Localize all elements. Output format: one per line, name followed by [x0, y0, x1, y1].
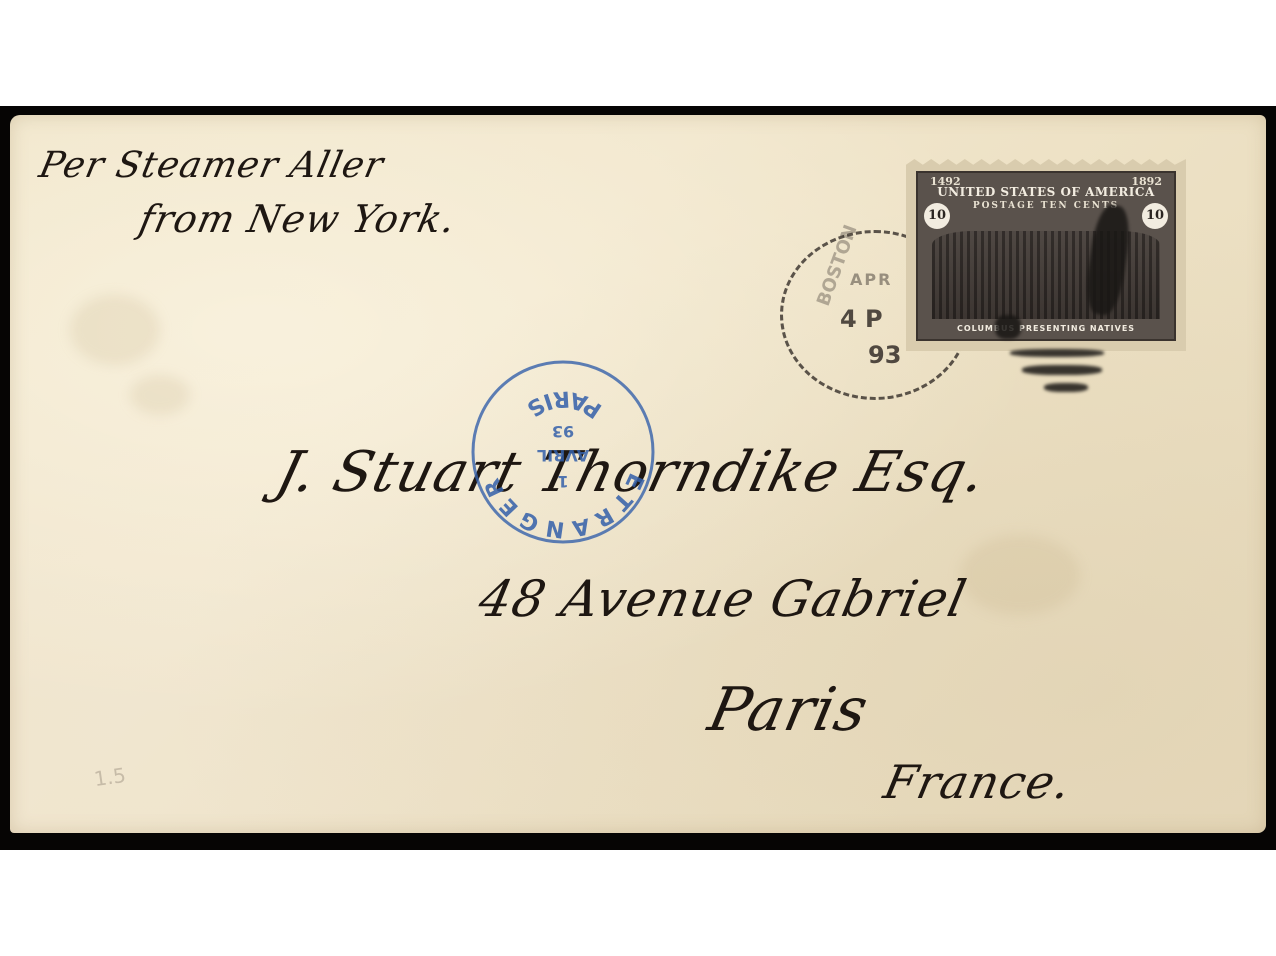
- svg-text:AVRIL: AVRIL: [537, 446, 589, 465]
- address-country: France.: [879, 755, 1076, 809]
- arrival-postmark: PARIS ETRANGER 1 AVRIL 93: [468, 358, 658, 546]
- stamp-caption: COLUMBUS PRESENTING NATIVES: [918, 324, 1174, 333]
- stamp-denomination-left: 10: [924, 203, 950, 229]
- address-city: Paris: [703, 675, 875, 745]
- envelope: Per Steamer Aller from New York. J. Stua…: [10, 115, 1266, 833]
- routing-note-line2: from New York.: [135, 197, 460, 241]
- pencil-note: 1.5: [92, 763, 127, 791]
- stain: [960, 535, 1080, 615]
- obliterator-bar: [1010, 349, 1104, 357]
- stamp-country: UNITED STATES OF AMERICA: [918, 185, 1174, 199]
- svg-text:1: 1: [557, 472, 568, 491]
- obliterator-bar: [1022, 365, 1102, 375]
- svg-text:PARIS: PARIS: [519, 386, 606, 423]
- routing-note-line1: Per Steamer Aller: [36, 145, 388, 186]
- postage-stamp: 1492 1892 UNITED STATES OF AMERICA POSTA…: [906, 159, 1186, 351]
- obliterator-bar: [1044, 383, 1088, 392]
- stamp-design: 1492 1892 UNITED STATES OF AMERICA POSTA…: [916, 171, 1176, 341]
- origin-postmark-time: 4 P: [840, 305, 883, 333]
- origin-postmark-year: 93: [868, 341, 901, 369]
- stain: [130, 375, 190, 415]
- origin-postmark-month: APR: [850, 270, 892, 289]
- address-street: 48 Avenue Gabriel: [474, 570, 972, 628]
- obliterator-mark: [995, 315, 1021, 339]
- svg-text:93: 93: [552, 422, 574, 441]
- stain: [70, 295, 160, 365]
- stamp-denomination-right: 10: [1142, 203, 1168, 229]
- stamp-value-text: POSTAGE TEN CENTS: [918, 201, 1174, 211]
